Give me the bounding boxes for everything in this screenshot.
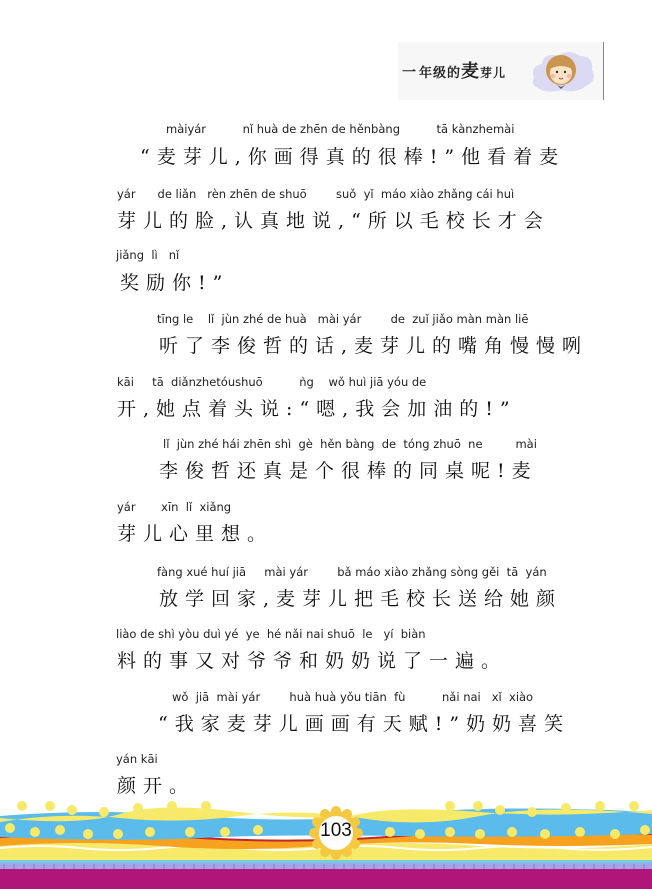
chapter-title: 一年级的麦芽儿 xyxy=(402,57,506,83)
pinyin-line-7: yár xīn lǐ xiǎng xyxy=(117,500,231,514)
chapter-header-banner: 一年级的麦芽儿 xyxy=(398,42,604,100)
pinyin-line-5: kāi tā diǎnzhetóushuō ǹg wǒ huì jiā yóu … xyxy=(117,375,426,389)
hanzi-line-4: 听了李俊哲的话,麦芽儿的嘴角慢慢咧 xyxy=(159,331,588,358)
pinyin-line-10: wǒ jiā mài yár huà huà yǒu tiān fù nǎi n… xyxy=(172,690,533,704)
hanzi-line-3: 奖励你!” xyxy=(120,268,229,295)
title-part-2: 芽儿 xyxy=(480,66,506,80)
hanzi-line-8: 放学回家,麦芽儿把毛校长送给她颜 xyxy=(159,584,562,611)
hanzi-line-6: 李俊哲还真是个很棒的同桌呢!麦 xyxy=(159,456,538,483)
girl-face-icon xyxy=(528,48,598,94)
pinyin-line-6: lǐ jùn zhé hái zhēn shì gè hěn bàng de t… xyxy=(163,437,537,451)
hanzi-line-10: “我家麦芽儿画画有天赋!”奶奶喜笑 xyxy=(158,709,570,736)
pinyin-line-8: fàng xué huí jiā mài yár bǎ máo xiào zhǎ… xyxy=(157,565,547,579)
pinyin-line-11: yán kāi xyxy=(116,752,158,766)
hanzi-line-1: “麦芽儿,你画得真的很棒!”他看着麦 xyxy=(140,142,565,169)
title-part-1: 年级的 xyxy=(419,66,461,81)
title-big-char: 麦 xyxy=(461,61,480,82)
pinyin-line-3: jiǎng lì nǐ xyxy=(116,248,179,262)
pinyin-line-9: liào de shì yòu duì yé ye hé nǎi nai shu… xyxy=(116,627,426,641)
hanzi-line-5: 开,她点着头说:“嗯,我会加油的!” xyxy=(117,394,517,421)
pinyin-line-4: tīng le lǐ jùn zhé de huà mài yár de zuǐ… xyxy=(157,312,528,326)
hanzi-line-2: 芽儿的脸,认真地说,“所以毛校长才会 xyxy=(117,206,550,233)
pinyin-line-2: yár de liǎn rèn zhēn de shuō suǒ yǐ máo … xyxy=(117,187,514,201)
header-divider xyxy=(603,42,604,100)
hanzi-line-9: 料的事又对爷爷和奶奶说了一遍。 xyxy=(117,646,507,673)
pinyin-line-1: màiyár nǐ huà de zhēn de hěnbàng tā kànz… xyxy=(166,122,514,136)
hanzi-line-7: 芽儿心里想。 xyxy=(117,519,273,546)
title-dash: 一 xyxy=(402,65,417,81)
page-number: 103 xyxy=(309,820,363,842)
